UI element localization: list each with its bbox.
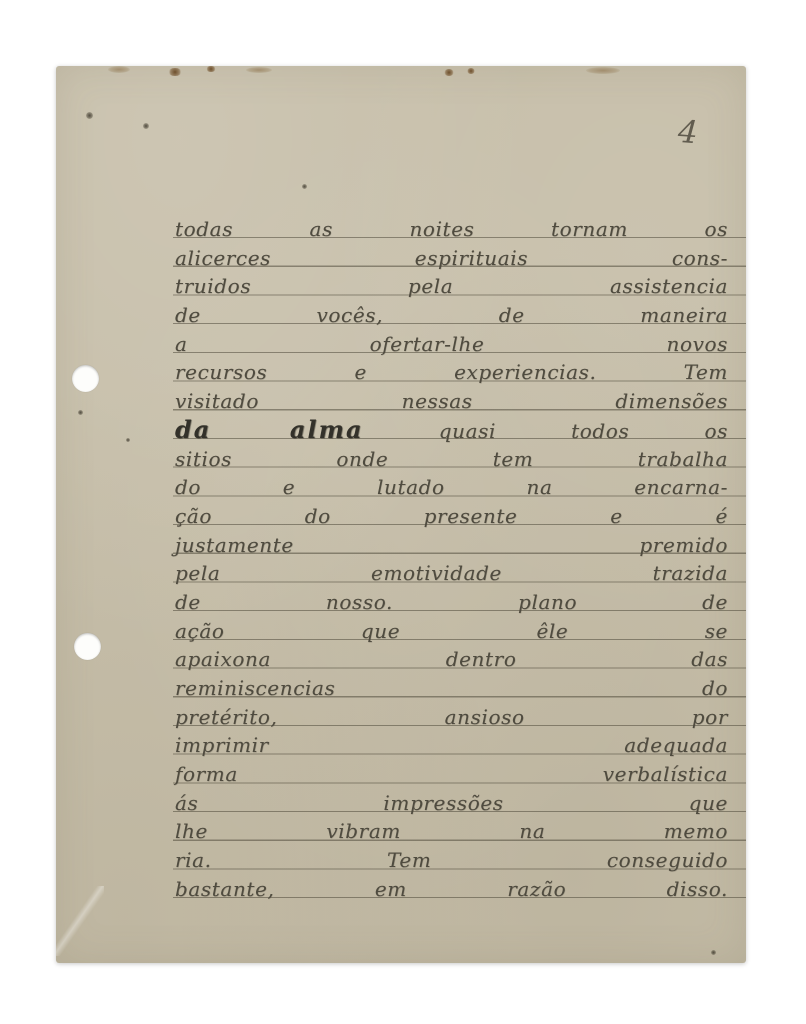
handwritten-line: alicerces espirituais cons- bbox=[175, 244, 728, 273]
handwritten-line: todas as noites tornam os bbox=[175, 215, 728, 244]
paper-crease bbox=[56, 886, 104, 956]
handwritten-line: ás impressões que bbox=[175, 789, 728, 818]
ink-speck bbox=[143, 123, 149, 129]
handwritten-line: de vocês, de maneira bbox=[175, 301, 728, 330]
handwritten-text: todas as noites tornam os alicerces espi… bbox=[175, 215, 728, 904]
handwritten-line: do e lutado na encarna- bbox=[175, 473, 728, 502]
scanned-document: 4 todas as noites tornam os alicerces es… bbox=[0, 0, 806, 1024]
stain-spot bbox=[444, 69, 454, 76]
handwritten-line: de nosso. plano de bbox=[175, 588, 728, 617]
stain-spot bbox=[586, 67, 620, 74]
ink-speck bbox=[126, 438, 130, 442]
overwritten-words: da alma bbox=[175, 415, 364, 444]
handwritten-line: truidos pela assistencia bbox=[175, 272, 728, 301]
stain-spot bbox=[467, 68, 475, 74]
handwritten-line: justamente premido bbox=[175, 531, 728, 560]
manuscript-page: 4 todas as noites tornam os alicerces es… bbox=[56, 66, 746, 963]
handwritten-line: visitado nessas dimensões bbox=[175, 387, 728, 416]
handwritten-line: forma verbalística bbox=[175, 760, 728, 789]
handwritten-line: reminiscencias do bbox=[175, 674, 728, 703]
handwritten-line: lhe vibram na memo bbox=[175, 817, 728, 846]
ink-speck bbox=[302, 184, 307, 189]
hole-punch-top bbox=[72, 365, 99, 392]
handwritten-line: pela emotividade trazida bbox=[175, 559, 728, 588]
stain-spot bbox=[108, 66, 130, 73]
ink-speck bbox=[86, 112, 93, 119]
handwritten-line: apaixona dentro das bbox=[175, 645, 728, 674]
handwritten-line: ria. Tem conseguido bbox=[175, 846, 728, 875]
scan-background: { "document": { "page_number": "4", "lin… bbox=[0, 0, 806, 1024]
handwritten-line-rest: quasi todos os bbox=[439, 419, 728, 443]
ink-speck bbox=[78, 410, 83, 415]
handwritten-line: da alma quasi todos os bbox=[175, 416, 728, 445]
hole-punch-bottom bbox=[74, 633, 101, 660]
stain-spot bbox=[168, 68, 182, 76]
handwritten-line: ção do presente e é bbox=[175, 502, 728, 531]
handwritten-line: bastante, em razão disso. bbox=[175, 875, 728, 904]
handwritten-line: pretérito, ansioso por bbox=[175, 703, 728, 732]
handwritten-line: ação que êle se bbox=[175, 617, 728, 646]
handwritten-line: sitios onde tem trabalha bbox=[175, 445, 728, 474]
handwritten-line: imprimir adequada bbox=[175, 731, 728, 760]
handwritten-line: recursos e experiencias. Tem bbox=[175, 358, 728, 387]
stain-spot bbox=[206, 66, 216, 72]
handwritten-line: a ofertar-lhe novos bbox=[175, 330, 728, 359]
page-number: 4 bbox=[677, 114, 739, 154]
stain-spot bbox=[246, 67, 272, 73]
ink-speck bbox=[711, 950, 716, 955]
